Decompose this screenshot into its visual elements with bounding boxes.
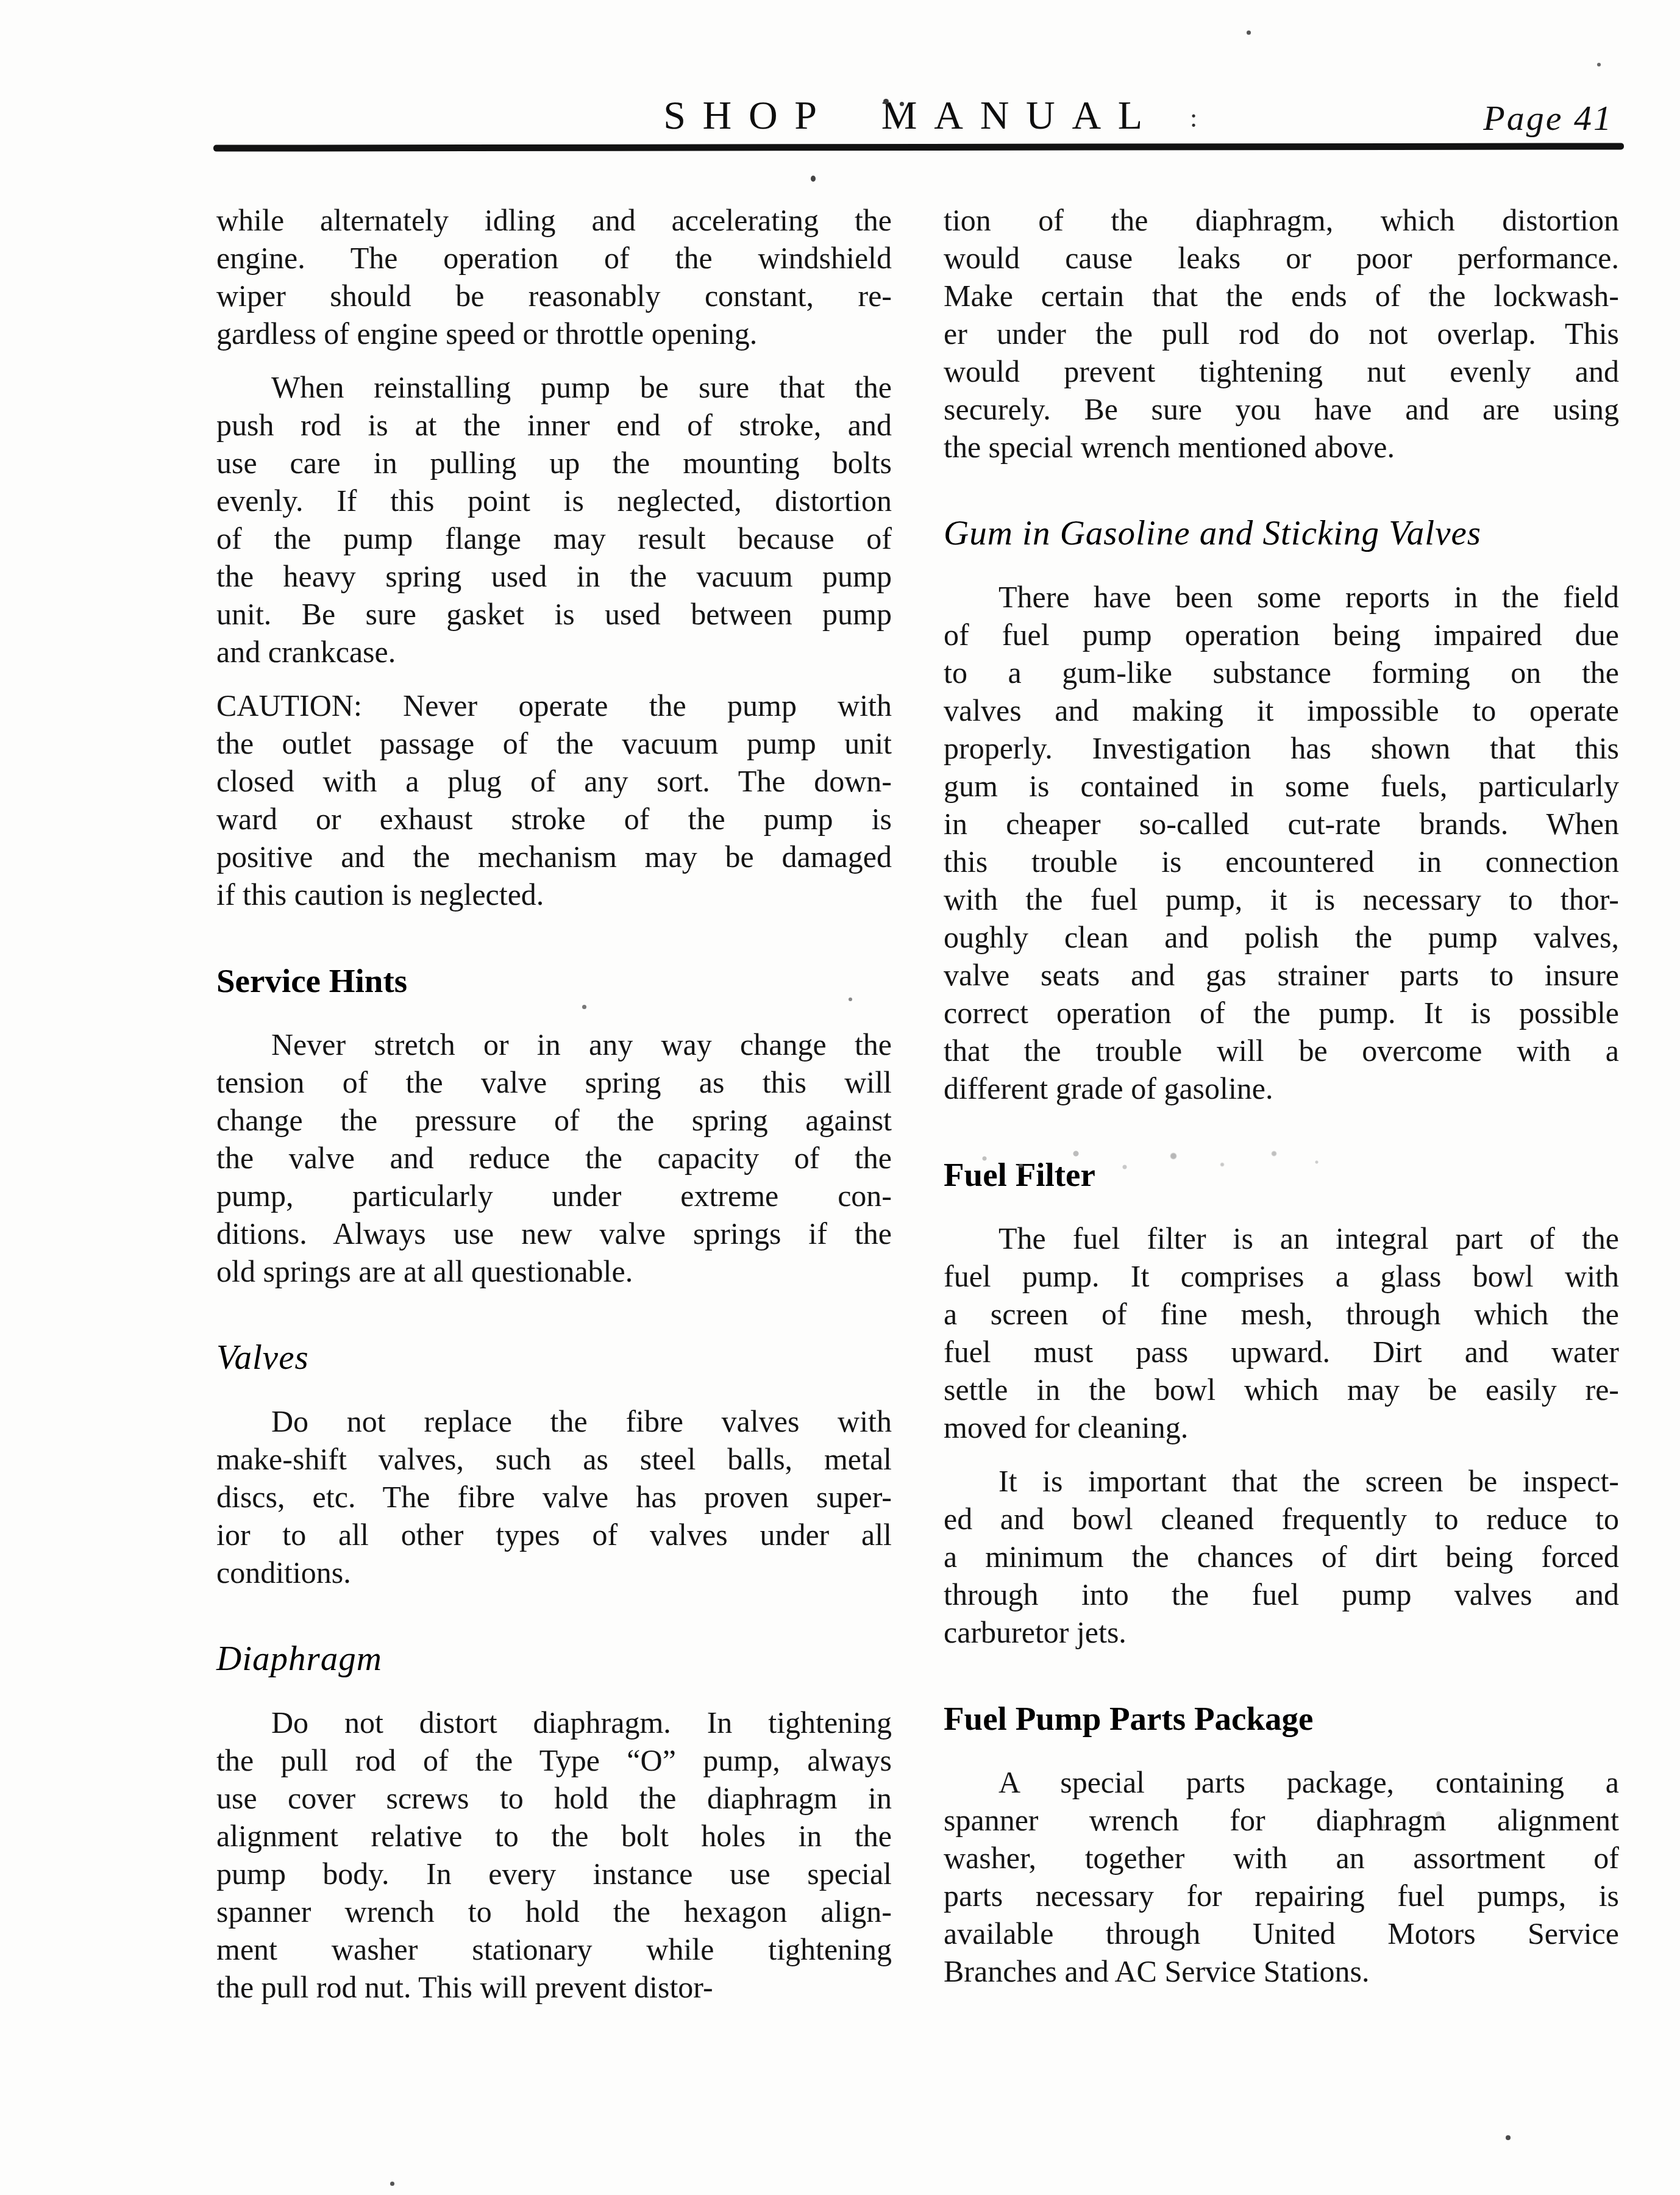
text-line: different grade of gasoline. [944,1069,1619,1107]
text-line: washer, together with an assortment of [944,1839,1619,1877]
text-line: old springs are at all questionable. [216,1252,892,1290]
paragraph: The fuel filter is an integral part of t… [944,1219,1619,1446]
text-line: The fuel filter is an integral part of t… [944,1219,1619,1257]
text-line: discs, etc. The fibre valve has proven s… [216,1478,892,1516]
text-line: of fuel pump operation being impaired du… [944,616,1619,654]
text-line: if this caution is neglected. [216,876,892,913]
text-line: properly. Investigation has shown that t… [944,729,1619,767]
text-line: er under the pull rod do not overlap. Th… [944,315,1619,352]
ink-speck [1247,30,1251,35]
text-line: a minimum the chances of dirt being forc… [944,1538,1619,1576]
text-line: the special wrench mentioned above. [944,428,1619,466]
text-line: carburetor jets. [944,1613,1619,1651]
text-line: parts necessary for repairing fuel pumps… [944,1877,1619,1915]
text-line: tion of the diaphragm, which distortion [944,201,1619,239]
text-line: a screen of fine mesh, through which the [944,1295,1619,1333]
text-line: ditions. Always use new valve springs if… [216,1215,892,1252]
text-line: to a gum-like substance forming on the [944,654,1619,691]
ink-speck [900,102,904,106]
page-number: Page 41 [1483,98,1613,138]
text-line: securely. Be sure you have and are using [944,390,1619,428]
scan-smudge [966,1135,1344,1181]
ink-speck [1506,2135,1511,2140]
text-line: available through United Motors Service [944,1915,1619,1952]
text-line: unit. Be sure gasket is used between pum… [216,595,892,633]
text-line: that the trouble will be overcome with a [944,1032,1619,1069]
section-heading: Fuel Pump Parts Package [944,1700,1619,1738]
text-line: conditions. [216,1554,892,1591]
page-title: SHOP MANUAL [207,93,1615,139]
paragraph: Never stretch or in any way change thete… [216,1026,892,1290]
text-line: change the pressure of the spring agains… [216,1101,892,1139]
scan-smudge [1329,1796,1463,1829]
text-line: When reinstalling pump be sure that the [216,368,892,406]
text-line: CAUTION: Never operate the pump with [216,687,892,724]
text-line: wiper should be reasonably constant, re- [216,277,892,315]
text-line: ed and bowl cleaned frequently to reduce… [944,1500,1619,1538]
text-line: positive and the mechanism may be damage… [216,838,892,876]
text-line: engine. The operation of the windshield [216,239,892,277]
text-line: with the fuel pump, it is necessary to t… [944,880,1619,918]
text-line: the heavy spring used in the vacuum pump [216,557,892,595]
paragraph: tion of the diaphragm, which distortionw… [944,201,1619,466]
text-line: It is important that the screen be inspe… [944,1462,1619,1500]
ink-speck: : [1190,102,1197,134]
text-line: ment washer stationary while tightening [216,1930,892,1968]
text-line: fuel must pass upward. Dirt and water [944,1333,1619,1371]
text-line: alignment relative to the bolt holes in … [216,1817,892,1855]
text-line: settle in the bowl which may be easily r… [944,1371,1619,1408]
text-line: make-shift valves, such as steel balls, … [216,1440,892,1478]
section-heading: Gum in Gasoline and Sticking Valves [944,515,1619,552]
text-line: tension of the valve spring as this will [216,1063,892,1101]
paragraph: A special parts package, containing aspa… [944,1763,1619,1990]
section-heading: Service Hints [216,962,892,1000]
text-line: pump body. In every instance use special [216,1855,892,1893]
text-line: of the pump flange may result because of [216,519,892,557]
ink-speck [582,1005,586,1009]
ink-speck [390,2182,394,2186]
text-line: and crankcase. [216,633,892,671]
text-line: push rod is at the inner end of stroke, … [216,406,892,444]
text-line: A special parts package, containing a [944,1763,1619,1801]
text-line: gum is contained in some fuels, particul… [944,767,1619,805]
text-line: this trouble is encountered in connectio… [944,843,1619,880]
text-line: the outlet passage of the vacuum pump un… [216,724,892,762]
text-line: through into the fuel pump valves and [944,1576,1619,1613]
text-line: the pull rod of the Type “O” pump, alway… [216,1741,892,1779]
section-heading: Diaphragm [216,1640,892,1678]
text-line: moved for cleaning. [944,1408,1619,1446]
paragraph: It is important that the screen be inspe… [944,1462,1619,1651]
text-line: the pull rod nut. This will prevent dist… [216,1968,892,2006]
manual-page: SHOP MANUAL Page 41 while alternately id… [0,0,1680,2195]
text-line: Do not distort diaphragm. In tightening [216,1704,892,1741]
paragraph: CAUTION: Never operate the pump withthe … [216,687,892,913]
header-divider [213,143,1624,151]
ink-speck [883,99,889,104]
text-line: valve seats and gas strainer parts to in… [944,956,1619,994]
left-column: while alternately idling and acceleratin… [216,201,892,2022]
section-heading: Valves [216,1339,892,1377]
text-line: evenly. If this point is neglected, dist… [216,482,892,519]
text-line: ior to all other types of valves under a… [216,1516,892,1554]
text-line: gardless of engine speed or throttle ope… [216,315,892,352]
ink-speck [1597,63,1601,66]
text-line: fuel pump. It comprises a glass bowl wit… [944,1257,1619,1295]
text-line: valves and making it impossible to opera… [944,691,1619,729]
paragraph: while alternately idling and acceleratin… [216,201,892,352]
text-line: the valve and reduce the capacity of the [216,1139,892,1177]
text-line: There have been some reports in the fiel… [944,578,1619,616]
text-line: ward or exhaust stroke of the pump is [216,800,892,838]
paragraph: There have been some reports in the fiel… [944,578,1619,1107]
text-line: Make certain that the ends of the lockwa… [944,277,1619,315]
text-line: would prevent tightening nut evenly and [944,352,1619,390]
text-line: use care in pulling up the mounting bolt… [216,444,892,482]
text-line: Branches and AC Service Stations. [944,1952,1619,1990]
ink-speck [849,998,852,1001]
ink-speck [811,176,816,182]
text-line: while alternately idling and acceleratin… [216,201,892,239]
text-line: pump, particularly under extreme con- [216,1177,892,1215]
paragraph: Do not distort diaphragm. In tighteningt… [216,1704,892,2006]
text-line: oughly clean and polish the pump valves, [944,918,1619,956]
text-line: Do not replace the fibre valves with [216,1402,892,1440]
text-line: Never stretch or in any way change the [216,1026,892,1063]
text-line: closed with a plug of any sort. The down… [216,762,892,800]
right-column: tion of the diaphragm, which distortionw… [944,201,1619,2006]
text-line: would cause leaks or poor performance. [944,239,1619,277]
text-line: use cover screws to hold the diaphragm i… [216,1779,892,1817]
paragraph: When reinstalling pump be sure that thep… [216,368,892,671]
text-line: spanner wrench for diaphragm alignment [944,1801,1619,1839]
text-line: spanner wrench to hold the hexagon align… [216,1893,892,1930]
text-line: correct operation of the pump. It is pos… [944,994,1619,1032]
text-line: in cheaper so-called cut-rate brands. Wh… [944,805,1619,843]
paragraph: Do not replace the fibre valves withmake… [216,1402,892,1591]
